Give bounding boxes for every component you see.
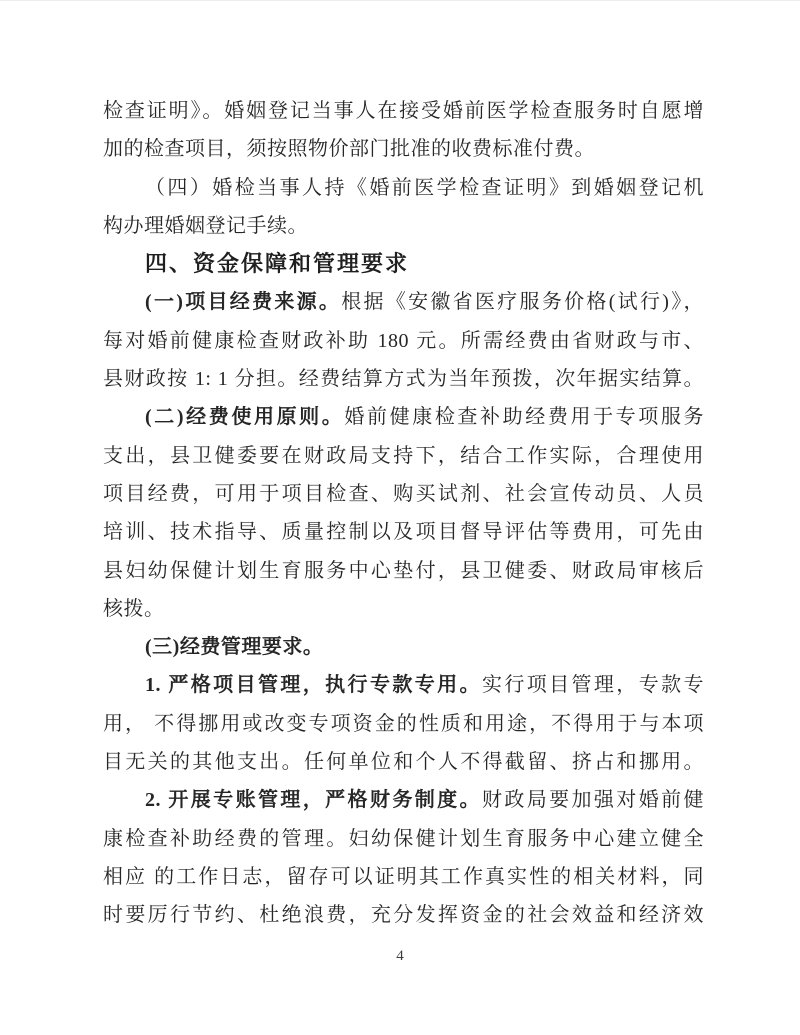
text-line: 目无关的其他支出。任何单位和个人不得截留、挤占和挪用。 — [103, 743, 704, 781]
text-line: 培训、技术指导、质量控制以及项目督导评估等费用，可先由 — [103, 513, 704, 551]
page-number: 4 — [0, 948, 800, 965]
heading-text: 四、资金保障和管理要求 — [145, 251, 409, 276]
body-text: 相应 的工作日志，留存可以证明其工作真实性的相关材料，同 — [103, 866, 704, 888]
text-line: 项目经费，可用于项目检查、购买试剂、社会宣传动员、人员 — [103, 475, 704, 513]
body-text: 检查证明》。婚姻登记当事人在接受婚前医学检查服务时自愿增 — [103, 100, 704, 122]
body-text: 支出，县卫健委要在财政局支持下，结合工作实际，合理使用 — [103, 445, 704, 467]
text-line: (二)经费使用原则。婚前健康检查补助经费用于专项服务 — [103, 398, 704, 436]
document-body: 检查证明》。婚姻登记当事人在接受婚前医学检查服务时自愿增 加的检查项目，须按照物… — [103, 92, 704, 935]
text-line: 2. 开展专账管理，严格财务制度。财政局要加强对婚前健 — [103, 781, 704, 819]
body-text: 每对婚前健康检查财政补助 180 元。所需经费由省财政与市、 — [103, 330, 704, 352]
bold-lead-text: (一)项目经费来源。 — [145, 291, 341, 313]
body-text: 婚前健康检查补助经费用于专项服务 — [344, 406, 704, 428]
text-line: 时要厉行节约、杜绝浪费，充分发挥资金的社会效益和经济效 — [103, 896, 704, 934]
body-text: 县妇幼保健计划生育服务中心垫付，县卫健委、财政局审核后 — [103, 560, 704, 582]
page-top-edge — [0, 0, 800, 1]
text-line: 加的检查项目，须按照物价部门批准的收费标准付费。 — [103, 130, 704, 168]
bold-lead-text: (三)经费管理要求。 — [145, 636, 323, 658]
text-line: （四）婚检当事人持《婚前医学检查证明》到婚姻登记机 — [103, 169, 704, 207]
body-text: 财政局要加强对婚前健 — [482, 789, 704, 811]
text-line: 每对婚前健康检查财政补助 180 元。所需经费由省财政与市、 — [103, 322, 704, 360]
text-line: 构办理婚姻登记手续。 — [103, 207, 704, 245]
section-heading: 四、资金保障和管理要求 — [103, 245, 704, 283]
text-line: 1. 严格项目管理，执行专款专用。实行项目管理，专款专 — [103, 666, 704, 704]
body-text: 根据《安徽省医疗服务价格(试行)》， — [341, 291, 704, 313]
body-text: 用， 不得挪用或改变专项资金的性质和用途，不得用于与本项 — [103, 713, 704, 735]
bold-lead-text: 1. 严格项目管理，执行专款专用。 — [145, 674, 482, 696]
text-line: 核拨。 — [103, 590, 704, 628]
text-line: 康检查补助经费的管理。妇幼保健计划生育服务中心建立健全 — [103, 820, 704, 858]
bold-lead-text: 2. 开展专账管理，严格财务制度。 — [145, 789, 482, 811]
body-text: 时要厉行节约、杜绝浪费，充分发挥资金的社会效益和经济效 — [103, 904, 704, 926]
body-text: （四）婚检当事人持《婚前医学检查证明》到婚姻登记机 — [145, 177, 704, 199]
text-line: 相应 的工作日志，留存可以证明其工作真实性的相关材料，同 — [103, 858, 704, 896]
body-text: 县财政按 1: 1 分担。经费结算方式为当年预拨，次年据实结算。 — [103, 368, 704, 390]
text-line: 县财政按 1: 1 分担。经费结算方式为当年预拨，次年据实结算。 — [103, 360, 704, 398]
body-text: 目无关的其他支出。任何单位和个人不得截留、挤占和挪用。 — [103, 751, 704, 773]
body-text: 加的检查项目，须按照物价部门批准的收费标准付费。 — [103, 138, 595, 160]
body-text: 核拨。 — [103, 598, 165, 620]
bold-lead-text: (二)经费使用原则。 — [145, 406, 344, 428]
text-line: 支出，县卫健委要在财政局支持下，结合工作实际，合理使用 — [103, 437, 704, 475]
body-text: 培训、技术指导、质量控制以及项目督导评估等费用，可先由 — [103, 521, 704, 543]
body-text: 康检查补助经费的管理。妇幼保健计划生育服务中心建立健全 — [103, 828, 704, 850]
body-text: 构办理婚姻登记手续。 — [103, 215, 308, 237]
text-line: 用， 不得挪用或改变专项资金的性质和用途，不得用于与本项 — [103, 705, 704, 743]
text-line: 县妇幼保健计划生育服务中心垫付，县卫健委、财政局审核后 — [103, 552, 704, 590]
body-text: 实行项目管理，专款专 — [482, 674, 704, 696]
text-line: (一)项目经费来源。根据《安徽省医疗服务价格(试行)》， — [103, 283, 704, 321]
text-line: 检查证明》。婚姻登记当事人在接受婚前医学检查服务时自愿增 — [103, 92, 704, 130]
text-line: (三)经费管理要求。 — [103, 628, 704, 666]
body-text: 项目经费，可用于项目检查、购买试剂、社会宣传动员、人员 — [103, 483, 704, 505]
